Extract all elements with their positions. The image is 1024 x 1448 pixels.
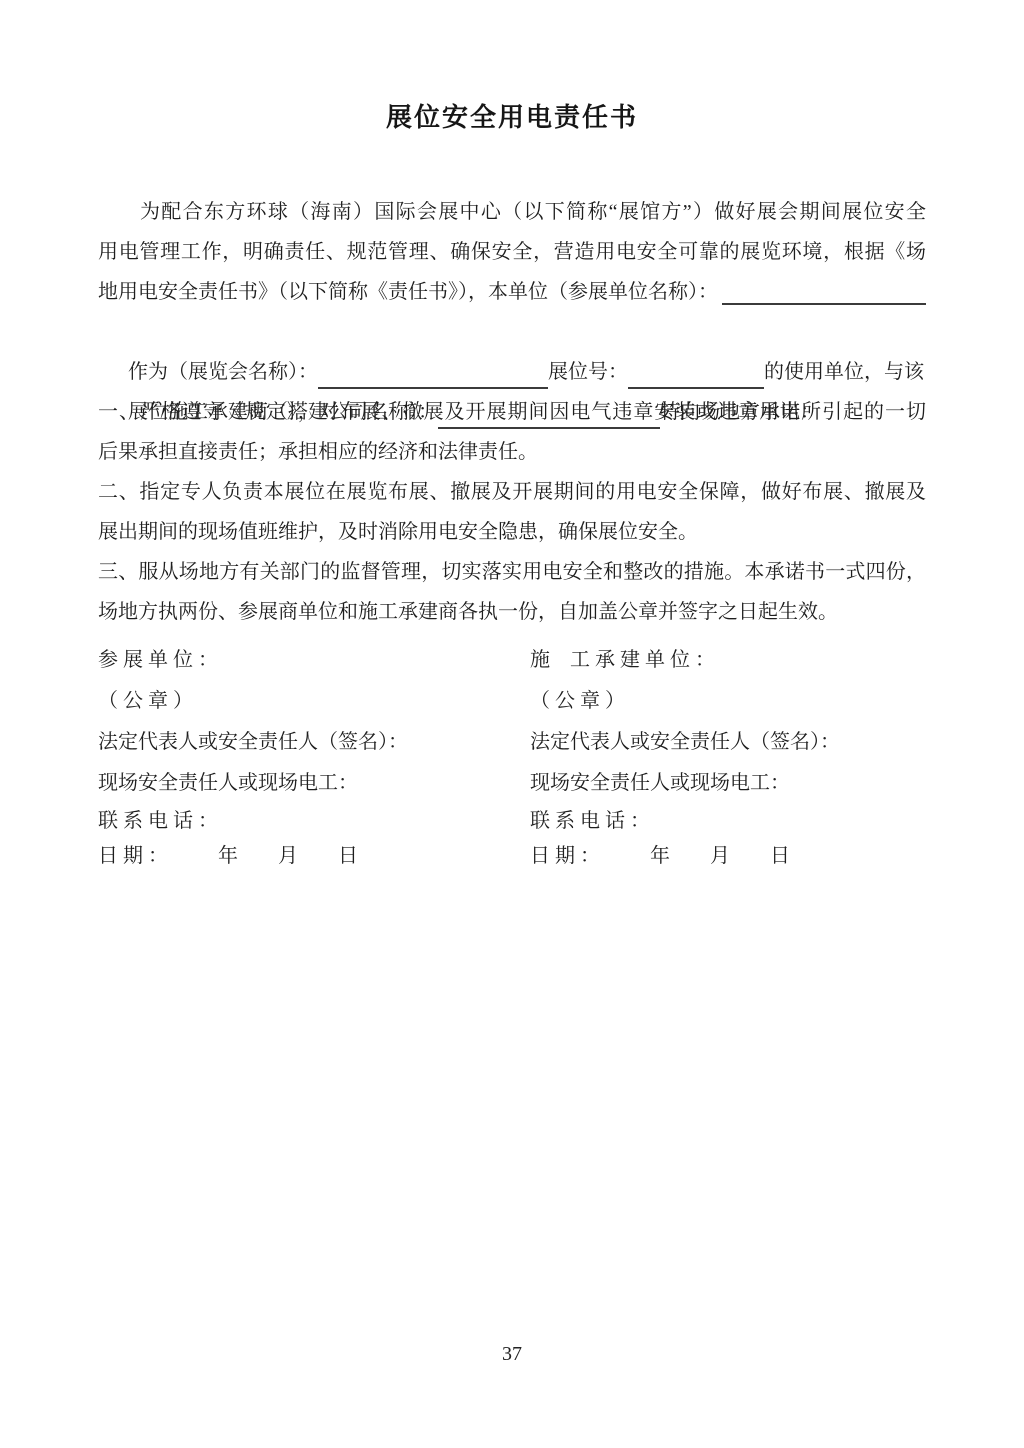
document-title: 展位安全用电责任书 (0, 0, 1024, 134)
blank-booth-number (628, 357, 764, 389)
contractor-unit-label: 施 工 承 建 单 位 ： (530, 640, 926, 681)
item-3-line-2: 场地方执两份、参展商单位和施工承建商各执一份，自加盖公章并签字之日起生效。 (98, 592, 926, 632)
contractor-seal-label: （ 公 章 ） (530, 681, 926, 722)
participant-date-label: 日 期 ： 年 月 日 (98, 839, 530, 874)
booth-number-label: 展位号： (548, 361, 628, 383)
signature-section: 参 展 单 位 ： 施 工 承 建 单 位 ： （ 公 章 ） （ 公 章 ） … (98, 640, 926, 874)
blank-exhibitor-name (722, 272, 926, 305)
contractor-site-officer-label: 现场安全责任人或现场电工： (530, 763, 926, 804)
intro-line-4: 作为（展览会名称）：展位号：的使用单位，与该 (98, 312, 926, 352)
item-1-line-2: 后果承担直接责任；承担相应的经济和法律责任。 (98, 432, 926, 472)
participant-unit-label: 参 展 单 位 ： (98, 640, 530, 681)
document-page: 展位安全用电责任书 为配合东方环球（海南）国际会展中心（以下简称“展馆方”）做好… (0, 0, 1024, 1448)
item-2-line-1: 二、指定专人负责本展位在展览布展、撤展及开展期间的用电安全保障，做好布展、撤展及 (98, 472, 926, 512)
intro-line-3: 地用电安全责任书》（以下简称《责任书》），本单位（参展单位名称）： (98, 272, 926, 312)
intro-line-1: 为配合东方环球（海南）国际会展中心（以下简称“展馆方”）做好展会期间展位安全 (98, 192, 926, 232)
participant-phone-label: 联 系 电 话 ： (98, 804, 530, 839)
exhibitor-name-label: 地用电安全责任书》（以下简称《责任书》），本单位（参展单位名称）： (98, 272, 718, 312)
contractor-legal-rep-label: 法定代表人或安全责任人（签名）： (530, 722, 926, 763)
participant-seal-label: （ 公 章 ） (98, 681, 530, 722)
item-2-line-2: 展出期间的现场值班维护，及时消除用电安全隐患，确保展位安全。 (98, 512, 926, 552)
page-number: 37 (0, 1343, 1024, 1366)
usage-unit-text: 的使用单位，与该 (764, 361, 924, 383)
contractor-phone-label: 联 系 电 话 ： (530, 804, 926, 839)
blank-exhibition-name (318, 357, 548, 389)
participant-legal-rep-label: 法定代表人或安全责任人（签名）： (98, 722, 530, 763)
document-body: 为配合东方环球（海南）国际会展中心（以下简称“展馆方”）做好展会期间展位安全 用… (98, 192, 926, 632)
item-1-line-1: 一、严格遵守《规定》，对布展、撤展及开展期间因电气违章安装或违章用电所引起的一切 (98, 392, 926, 432)
contractor-date-label: 日 期 ： 年 月 日 (530, 839, 926, 874)
intro-line-2: 用电管理工作，明确责任、规范管理、确保安全，营造用电安全可靠的展览环境，根据《场 (98, 232, 926, 272)
exhibition-name-label: 作为（展览会名称）： (128, 361, 318, 383)
participant-site-officer-label: 现场安全责任人或现场电工： (98, 763, 530, 804)
item-3-line-1: 三、服从场地方有关部门的监督管理，切实落实用电安全和整改的措施。本承诺书一式四份… (98, 552, 926, 592)
